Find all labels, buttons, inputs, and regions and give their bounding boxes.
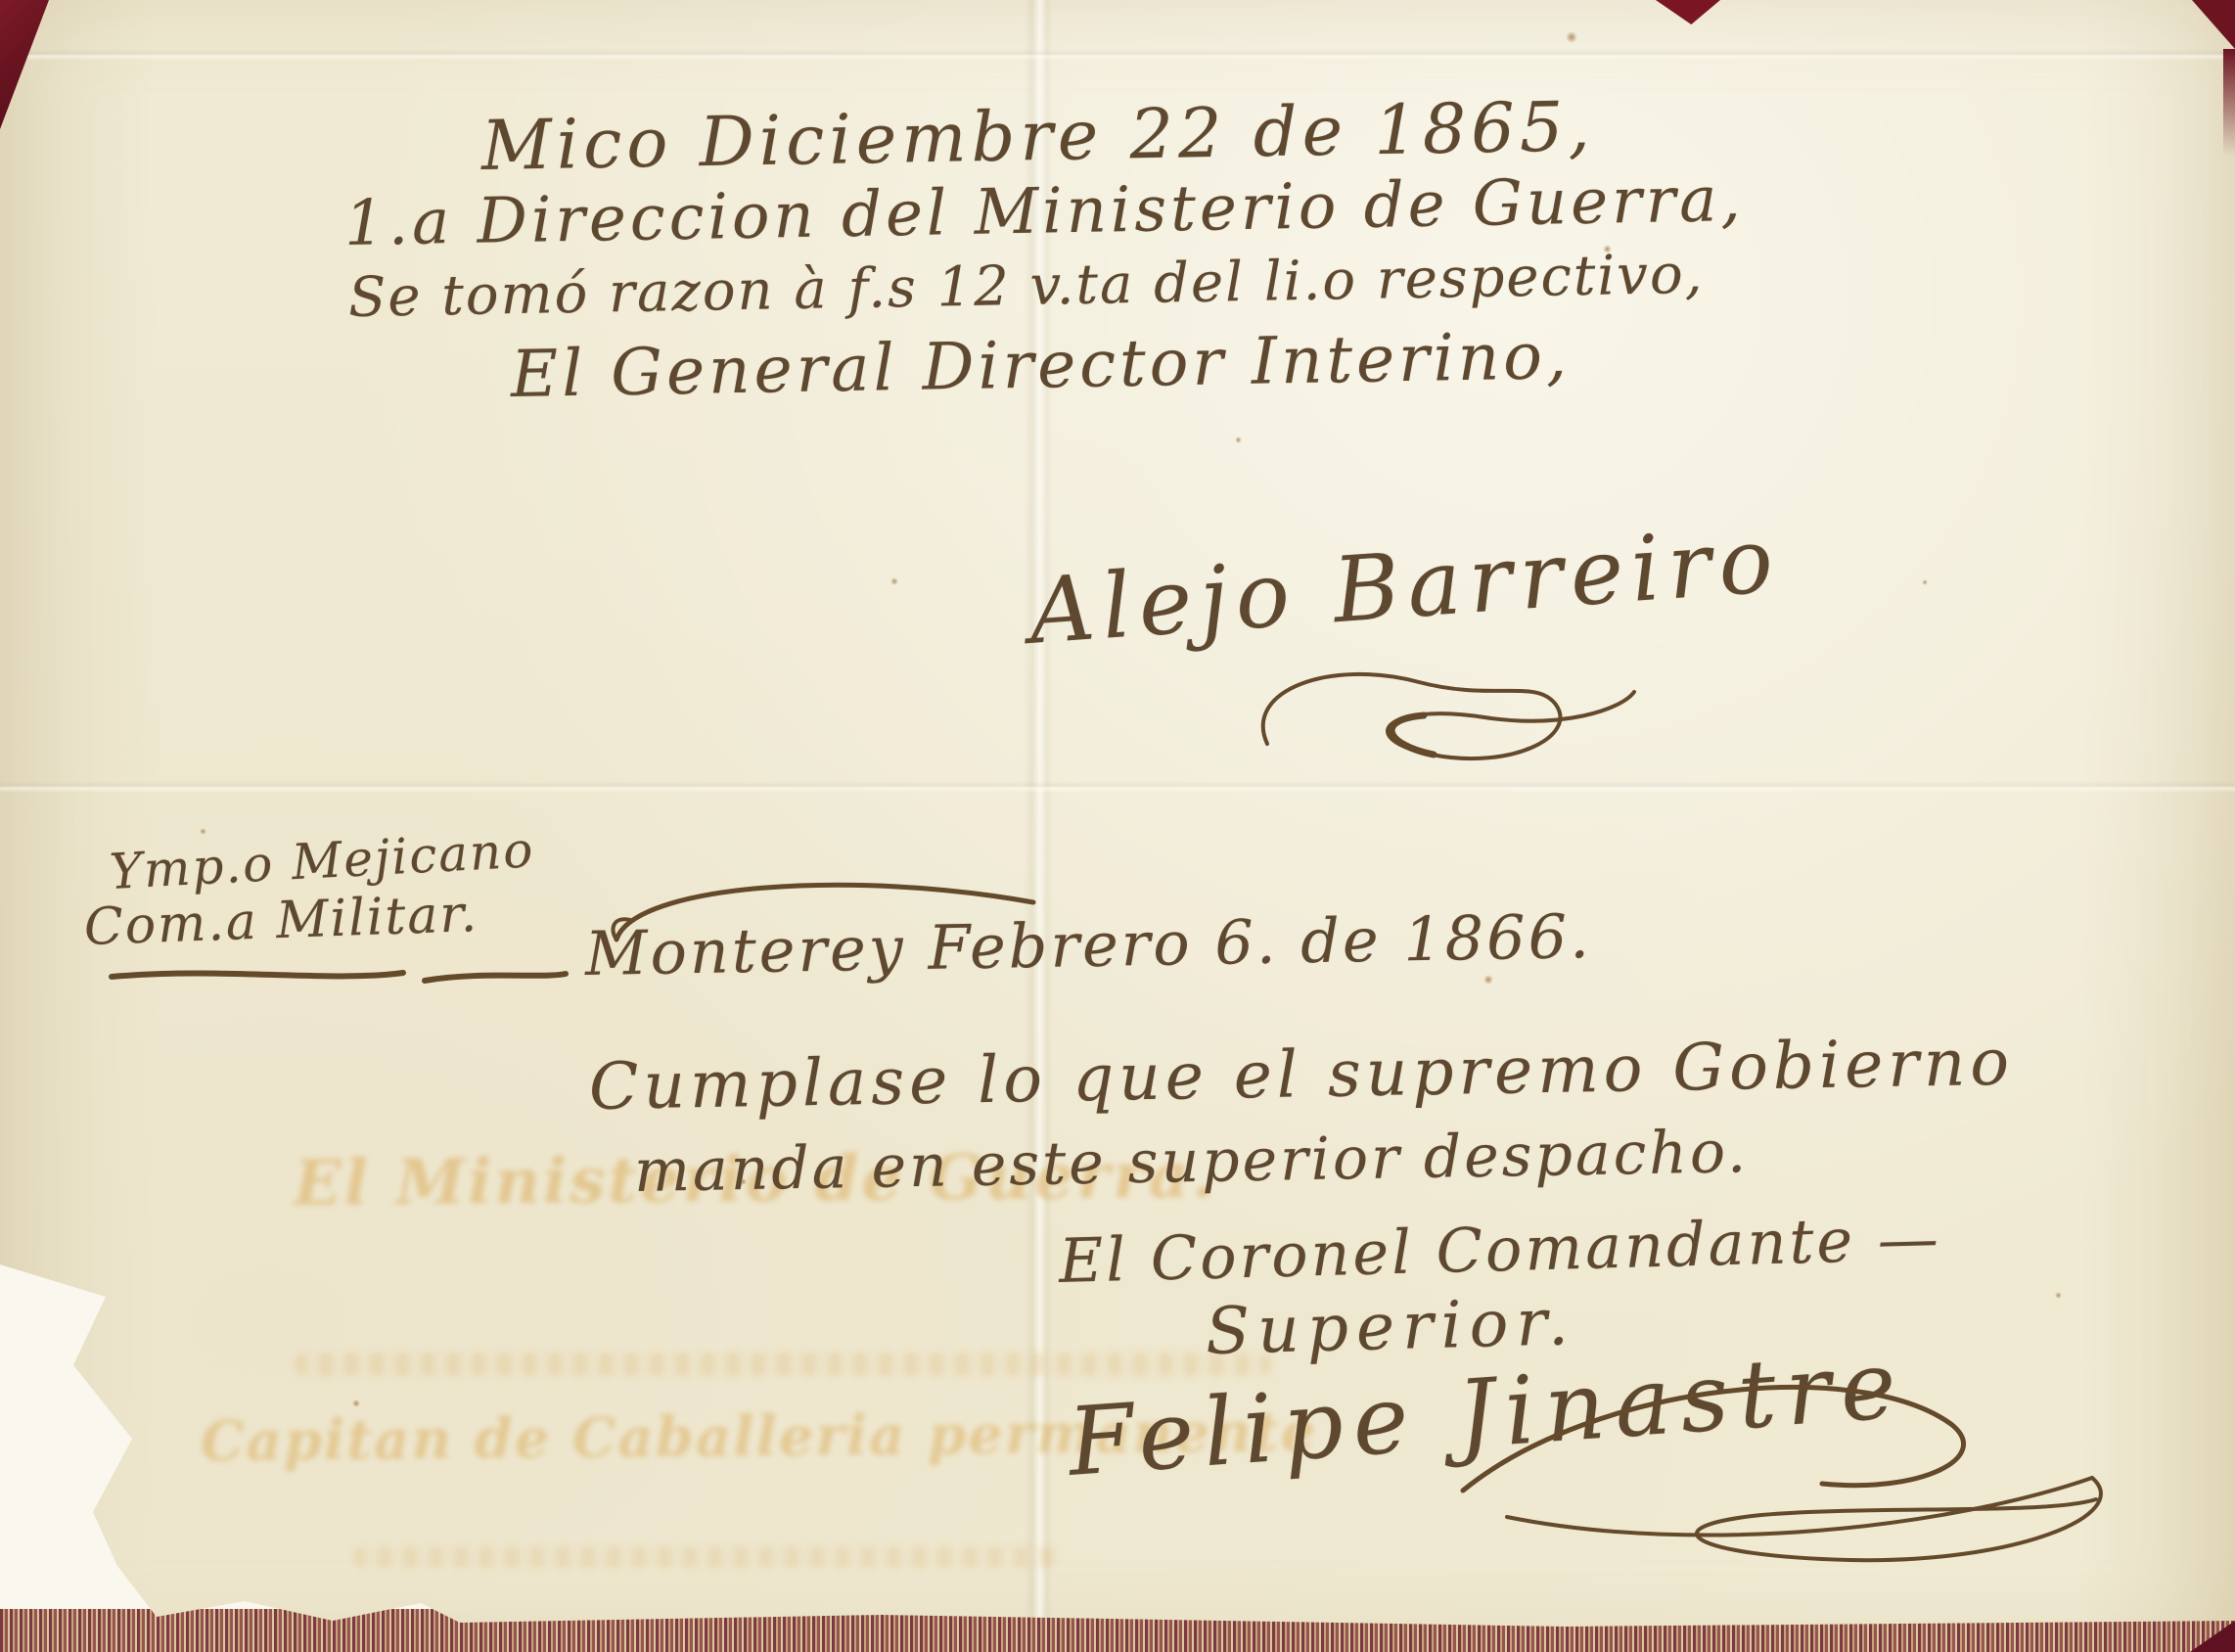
foxing-speck <box>1603 245 1612 253</box>
decree-coronel-line: El Coronel Comandante — <box>1058 1202 1942 1297</box>
showthrough-smudge-1 <box>294 1353 1272 1376</box>
foxing-speck <box>1566 31 1577 43</box>
middle-crease <box>0 781 2235 793</box>
showthrough-smudge-2 <box>352 1546 1057 1568</box>
top-crease <box>0 49 2235 61</box>
binding-sliver-right-edge <box>2223 49 2235 157</box>
registration-director-line: El General Director Interino, <box>510 318 1571 412</box>
decree-manda-line: manda en este superior despacho. <box>633 1118 1749 1206</box>
foxing-speck <box>890 577 898 585</box>
decree-cumplase-line: Cumplase lo que el supremo Gobierno <box>588 1025 2014 1124</box>
margin-note-underline <box>106 963 575 992</box>
foxing-speck <box>1483 975 1493 985</box>
foxing-speck <box>200 828 206 835</box>
scanned-letter: El Ministerio de Guerra. Capitan de Caba… <box>0 0 2235 1652</box>
margin-note-line2: Com.a Militar. <box>83 885 479 957</box>
director-rubric-flourish <box>1238 651 1649 798</box>
director-signature: Alejo Barreiro <box>1026 507 1784 664</box>
paper-sheet: El Ministerio de Guerra. Capitan de Caba… <box>0 0 2235 1652</box>
foxing-speck <box>2055 1292 2062 1299</box>
coronel-rubric-flourish <box>1438 1368 2143 1579</box>
foxing-speck <box>1235 436 1242 443</box>
foxing-speck <box>1922 579 1928 585</box>
foxing-speck <box>740 1178 747 1185</box>
foxing-speck <box>352 1400 360 1407</box>
